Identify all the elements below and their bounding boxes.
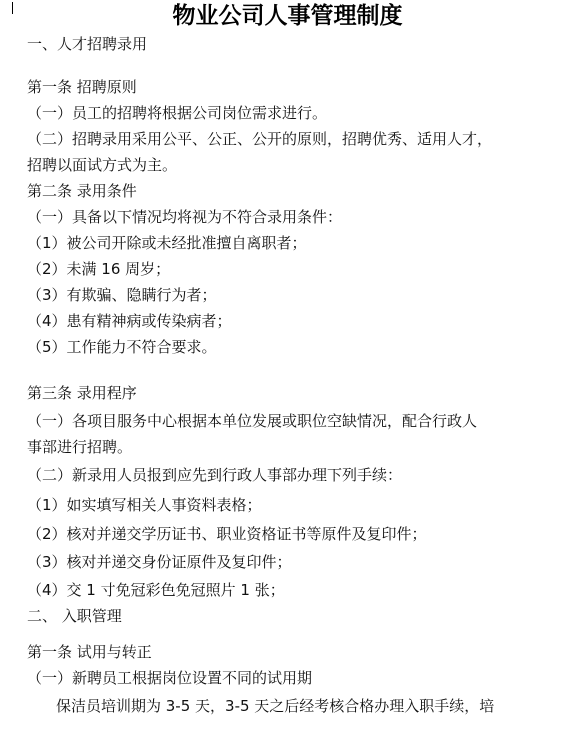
article-heading-recruitment-principles: 第一条 招聘原则	[27, 74, 555, 100]
sub-list-item: （2）未满 16 周岁；	[27, 256, 555, 282]
sub-list-item: （5）工作能力不符合要求。	[27, 334, 555, 360]
sub-list-item: （1）被公司开除或未经批准擅自离职者；	[27, 230, 555, 256]
list-item: （一）员工的招聘将根据公司岗位需求进行。	[27, 100, 555, 126]
list-item-continuation: 事部进行招聘。	[27, 434, 555, 460]
section-heading-onboarding: 二、 入职管理	[27, 603, 555, 629]
sub-list-item: （4）交 1 寸免冠彩色免冠照片 1 张；	[27, 577, 555, 603]
list-item-continuation: 招聘以面试方式为主。	[27, 152, 555, 178]
sub-list-item: （2）核对并递交学历证书、职业资格证书等原件及复印件；	[27, 521, 555, 547]
article-heading-employment-procedure: 第三条 录用程序	[27, 380, 555, 406]
sub-list-item: （4）患有精神病或传染病者；	[27, 308, 555, 334]
sub-list-item: （3）有欺骗、隐瞒行为者；	[27, 282, 555, 308]
paragraph: 保洁员培训期为 3-5 天，3-5 天之后经考核合格办理入职手续，培	[56, 693, 555, 719]
article-heading-employment-conditions: 第二条 录用条件	[27, 178, 555, 204]
document-title: 物业公司人事管理制度	[0, 1, 575, 31]
list-item: （一）具备以下情况均将视为不符合录用条件：	[27, 204, 555, 230]
section-heading-talent-recruitment: 一、人才招聘录用	[27, 31, 555, 57]
list-item: （一）新聘员工根据岗位设置不同的试用期	[27, 665, 555, 691]
sub-list-item: （3）核对并递交身份证原件及复印件；	[27, 549, 555, 575]
sub-list-item: （1）如实填写相关人事资料表格；	[27, 492, 555, 518]
list-item: （二）招聘录用采用公平、公正、公开的原则，招聘优秀、适用人才，	[27, 126, 555, 152]
list-item: （一）各项目服务中心根据本单位发展或职位空缺情况，配合行政人	[27, 408, 555, 434]
list-item: （二）新录用人员报到应先到行政人事部办理下列手续：	[27, 462, 555, 488]
article-heading-probation: 第一条 试用与转正	[27, 639, 555, 665]
